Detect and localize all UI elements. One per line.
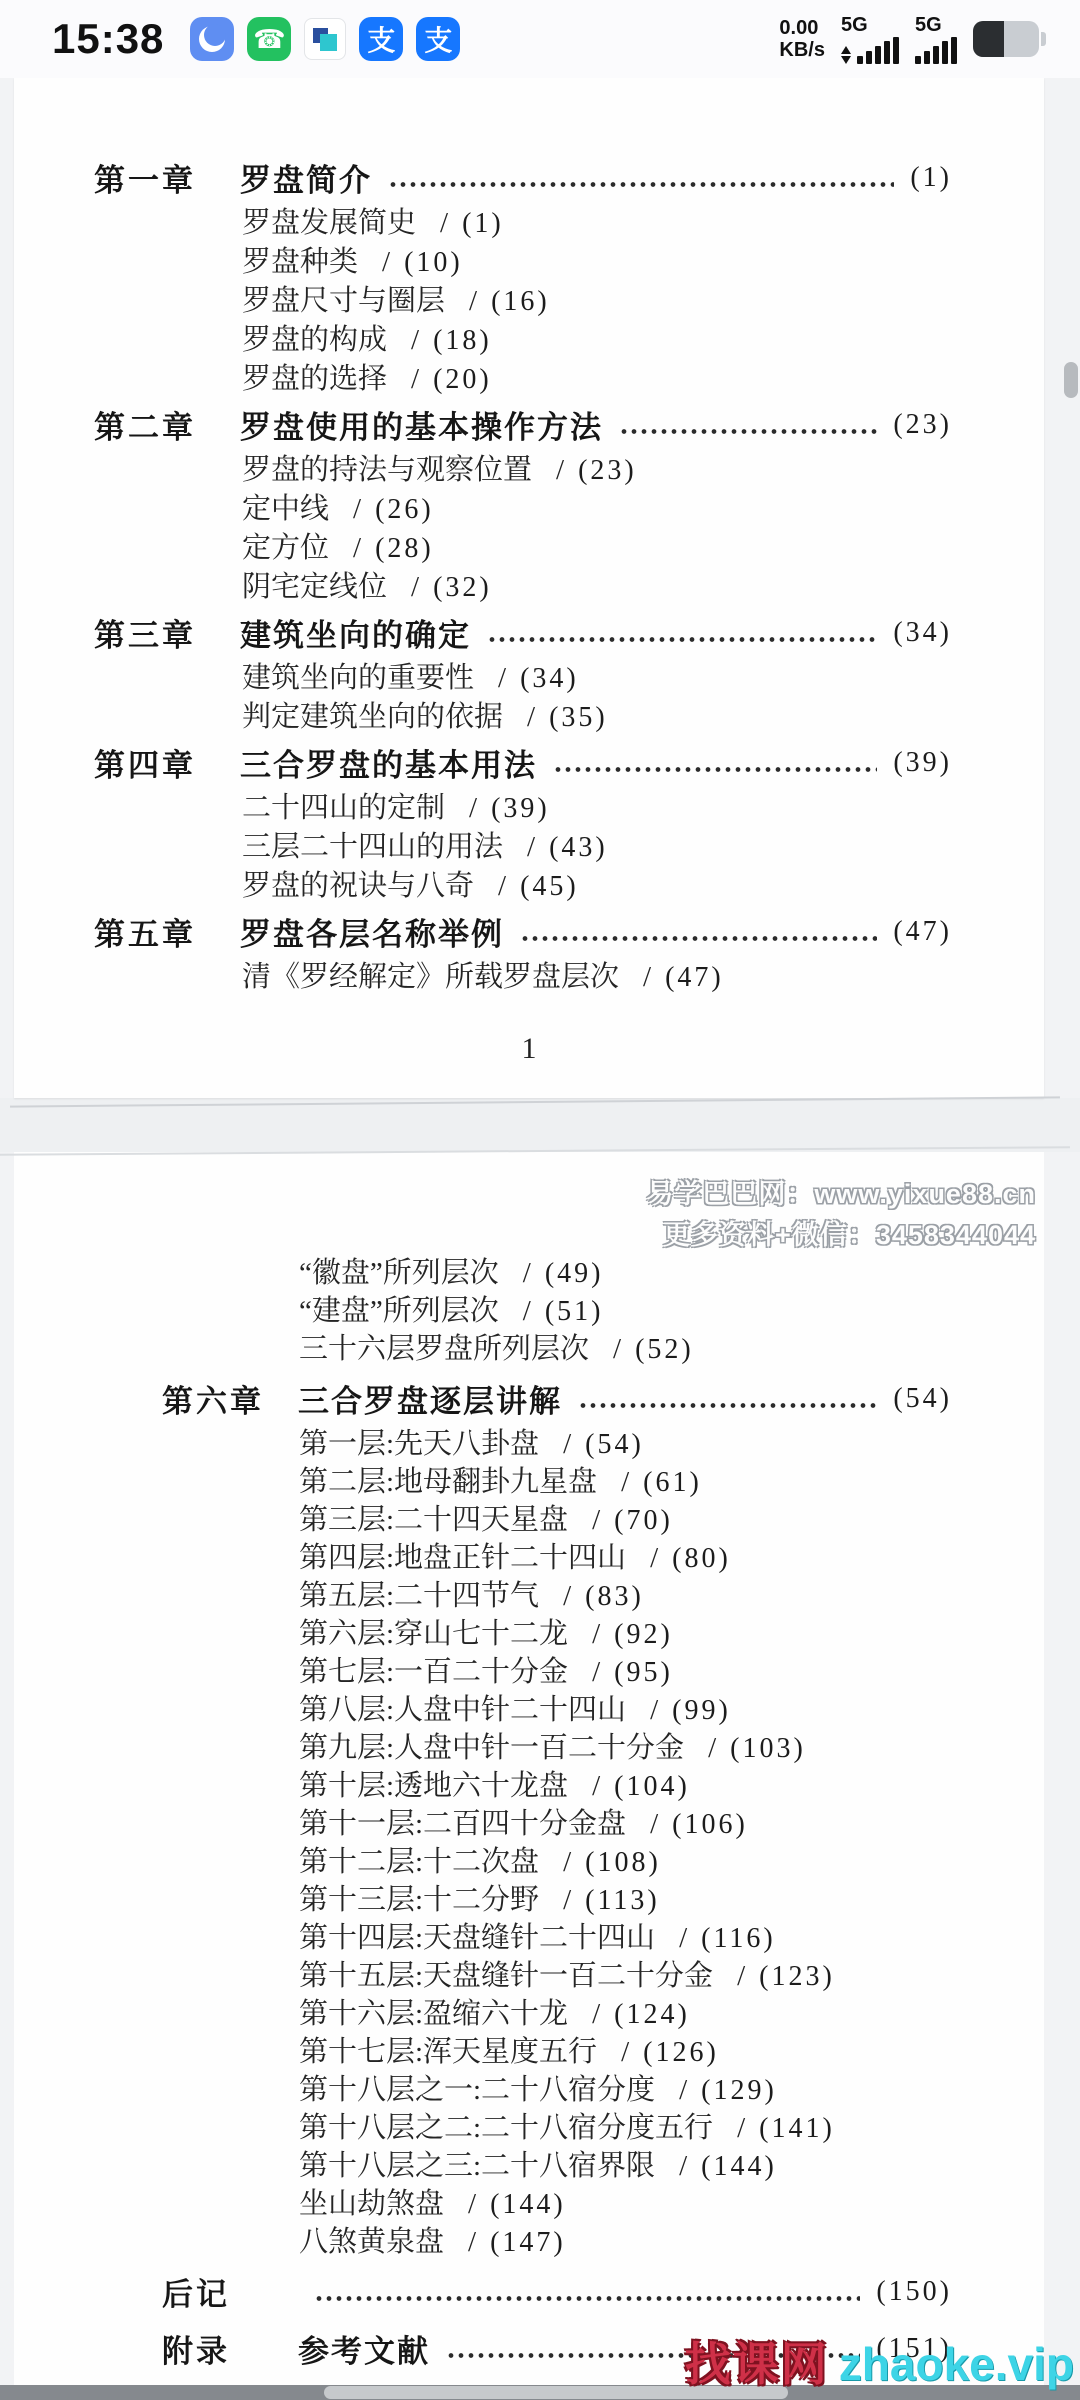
- page-number: (104): [614, 1771, 690, 1803]
- page-number: (144): [490, 2189, 566, 2221]
- item-title: 清《罗经解定》所载罗盘层次: [242, 954, 619, 995]
- page-number: (51): [545, 1296, 604, 1328]
- chapter-title: 三合罗盘逐层讲解: [298, 1376, 562, 1421]
- toc-item-row: 第十四层:天盘缝针二十四山/(116): [162, 1915, 952, 1953]
- item-title: 三十六层罗盘所列层次: [299, 1326, 589, 1367]
- separator: /: [523, 1257, 531, 1290]
- notification-icons: 支 支: [190, 17, 460, 61]
- page-number: (70): [614, 1505, 673, 1537]
- toc-item-row: 定中线/(26): [94, 486, 952, 525]
- separator: /: [650, 1694, 658, 1727]
- page-number: (52): [635, 1334, 694, 1366]
- toc-chapter-row: 第五章罗盘各层名称举例(47): [94, 909, 952, 954]
- item-title: 建筑坐向的重要性: [242, 655, 474, 696]
- page-number: (150): [876, 2276, 952, 2308]
- page-number: (108): [585, 1847, 661, 1879]
- page-number: (43): [549, 832, 608, 864]
- document-page-1[interactable]: 第一章罗盘简介(1)罗盘发展简史/(1)罗盘种类/(10)罗盘尺寸与圈层/(16…: [14, 78, 1044, 1098]
- item-title: 第三层:二十四天星盘: [299, 1497, 568, 1538]
- page-number: (26): [375, 494, 434, 526]
- toc-item-row: 第二层:地母翻卦九星盘/(61): [162, 1459, 952, 1497]
- page-number: (10): [404, 247, 463, 279]
- document-page-2[interactable]: 易学巴巴网：www.yixue88.cn 更多资料+微信：3458344044 …: [14, 1152, 1044, 2400]
- page-number: (124): [614, 1999, 690, 2031]
- page-number: (123): [759, 1961, 835, 1993]
- page-number: (83): [585, 1581, 644, 1613]
- toc-item-row: 罗盘的选择/(20): [94, 356, 952, 395]
- page-number: (32): [433, 572, 492, 604]
- toc-item-row: 第十三层:十二分野/(113): [162, 1877, 952, 1915]
- separator: /: [440, 207, 448, 240]
- toc-item-row: 第五层:二十四节气/(83): [162, 1573, 952, 1611]
- page-footer-number: 1: [14, 1032, 1044, 1066]
- toc-item-row: 八煞黄泉盘/(147): [162, 2219, 952, 2257]
- separator: /: [621, 1466, 629, 1499]
- separator: /: [563, 1428, 571, 1461]
- separator: /: [468, 2188, 476, 2221]
- chapter-title: 罗盘简介: [240, 155, 372, 200]
- item-title: 第十一层:二百四十分金盘: [299, 1801, 626, 1842]
- toc-item-row: 第三层:二十四天星盘/(70): [162, 1497, 952, 1535]
- separator: /: [708, 1732, 716, 1765]
- separator: /: [411, 571, 419, 604]
- network-speed: 0.00 KB/s: [779, 17, 825, 61]
- item-title: 第十七层:浑天星度五行: [299, 2029, 597, 2070]
- toc-item-row: 罗盘的构成/(18): [94, 317, 952, 356]
- watermark-site-name: 找课网: [685, 2338, 829, 2390]
- page-number: (141): [759, 2113, 835, 2145]
- network-speed-value: 0.00: [779, 17, 818, 39]
- chapter-label: 第六章: [162, 1376, 270, 1421]
- separator: /: [592, 1504, 600, 1537]
- separator: /: [498, 870, 506, 903]
- toc-chapter-row: 第四章三合罗盘的基本用法(39): [94, 740, 952, 785]
- page-number: (147): [490, 2227, 566, 2259]
- item-title: 第十六层:盈缩六十龙: [299, 1991, 568, 2032]
- battery-icon: [973, 21, 1046, 57]
- separator: /: [411, 324, 419, 357]
- dot-leader: [580, 1402, 877, 1409]
- browser-icon: [190, 17, 234, 61]
- item-title: 罗盘的选择: [242, 356, 387, 397]
- page-number: (103): [730, 1733, 806, 1765]
- toc-item-row: 第十六层:盈缩六十龙/(124): [162, 1991, 952, 2029]
- item-title: 坐山劫煞盘: [299, 2181, 444, 2222]
- item-title: 罗盘种类: [242, 239, 358, 280]
- page-number: (35): [549, 702, 608, 734]
- separator: /: [527, 701, 535, 734]
- watermark-line1: 易学巴巴网：www.yixue88.cn: [646, 1174, 1036, 1215]
- separator: /: [468, 2226, 476, 2259]
- item-title: 二十四山的定制: [242, 785, 445, 826]
- item-title: 第五层:二十四节气: [299, 1573, 539, 1614]
- separator: /: [469, 285, 477, 318]
- toc-item-row: 建筑坐向的重要性/(34): [94, 655, 952, 694]
- page-number: (23): [578, 455, 637, 487]
- network-speed-unit: KB/s: [779, 39, 825, 61]
- separator: /: [563, 1884, 571, 1917]
- item-title: 第四层:地盘正针二十四山: [299, 1535, 626, 1576]
- toc-item-row: 罗盘尺寸与圈层/(16): [94, 278, 952, 317]
- alipay-icon: 支: [359, 17, 403, 61]
- item-title: 第二层:地母翻卦九星盘: [299, 1459, 597, 1500]
- item-title: 第九层:人盘中针一百二十分金: [299, 1725, 684, 1766]
- separator: /: [469, 792, 477, 825]
- sim2-network-type: 5G: [915, 15, 942, 35]
- item-title: “建盘”所列层次: [299, 1288, 499, 1329]
- item-title: “徽盘”所列层次: [299, 1250, 499, 1291]
- vertical-scrollbar-thumb[interactable]: [1064, 362, 1078, 398]
- alipay-glyph: 支: [424, 19, 452, 59]
- dot-leader: [522, 935, 877, 942]
- toc-item-row: 第四层:地盘正针二十四山/(80): [162, 1535, 952, 1573]
- separator: /: [679, 2150, 687, 2183]
- toc-chapter-row: 后记(150): [162, 2269, 952, 2314]
- chapter-label: 第四章: [94, 740, 212, 785]
- page-number: (92): [614, 1619, 673, 1651]
- sim1-signal: 5G: [841, 15, 899, 64]
- item-title: 判定建筑坐向的依据: [242, 694, 503, 735]
- alipay-icon: 支: [416, 17, 460, 61]
- page-number: (61): [643, 1467, 702, 1499]
- separator: /: [737, 2112, 745, 2145]
- item-title: 罗盘发展简史: [242, 200, 416, 241]
- page-number: (16): [491, 286, 550, 318]
- toc-list-page1: 第一章罗盘简介(1)罗盘发展简史/(1)罗盘种类/(10)罗盘尺寸与圈层/(16…: [94, 148, 952, 993]
- page-number: (116): [701, 1923, 776, 1955]
- toc-item-row: 罗盘的祝诀与八奇/(45): [94, 863, 952, 902]
- separator: /: [523, 1295, 531, 1328]
- item-title: 第十三层:十二分野: [299, 1877, 539, 1918]
- page-number: (47): [893, 916, 952, 948]
- separator: /: [563, 1846, 571, 1879]
- watermark-site-url: zhaoke.vip: [839, 2338, 1074, 2390]
- page-number: (106): [672, 1809, 748, 1841]
- page-number: (1): [910, 162, 952, 194]
- toc-item-row: 罗盘种类/(10): [94, 239, 952, 278]
- dot-leader: [390, 181, 894, 188]
- data-updown-arrows-icon: [841, 46, 851, 64]
- separator: /: [650, 1808, 658, 1841]
- page-number: (95): [614, 1657, 673, 1689]
- item-title: 第十八层之三:二十八宿界限: [299, 2143, 655, 2184]
- toc-item-row: 三十六层罗盘所列层次/(52): [162, 1326, 952, 1364]
- separator: /: [592, 1998, 600, 2031]
- page-number: (18): [433, 325, 492, 357]
- toc-chapter-row: 第六章三合罗盘逐层讲解(54): [162, 1376, 952, 1421]
- item-title: 第一层:先天八卦盘: [299, 1421, 539, 1462]
- separator: /: [592, 1618, 600, 1651]
- page-number: (28): [375, 533, 434, 565]
- chapter-label: 第三章: [94, 610, 212, 655]
- separator: /: [621, 2036, 629, 2069]
- dot-leader: [489, 636, 877, 643]
- toc-item-row: 坐山劫煞盘/(144): [162, 2181, 952, 2219]
- toc-item-row: 第十五层:天盘缝针一百二十分金/(123): [162, 1953, 952, 1991]
- toc-item-row: 第九层:人盘中针一百二十分金/(103): [162, 1725, 952, 1763]
- item-title: 罗盘的祝诀与八奇: [242, 863, 474, 904]
- page-number: (54): [585, 1429, 644, 1461]
- page-number: (49): [545, 1258, 604, 1290]
- item-title: 第十层:透地六十龙盘: [299, 1763, 568, 1804]
- page-number: (54): [893, 1383, 952, 1415]
- page-number: (34): [520, 663, 579, 695]
- chapter-title: 罗盘各层名称举例: [240, 909, 504, 954]
- dot-leader: [316, 2295, 860, 2302]
- separator: /: [679, 1922, 687, 1955]
- toc-item-row: 第一层:先天八卦盘/(54): [162, 1421, 952, 1459]
- toc-item-row: 第七层:一百二十分金/(95): [162, 1649, 952, 1687]
- page-number: (1): [462, 208, 504, 240]
- page-number: (113): [585, 1885, 660, 1917]
- separator: /: [382, 246, 390, 279]
- separator: /: [353, 532, 361, 565]
- separator: /: [679, 2074, 687, 2107]
- page-number: (20): [433, 364, 492, 396]
- status-bar: 15:38 支 支 0.00 KB/s 5G 5G: [0, 0, 1080, 78]
- page-number: (23): [893, 409, 952, 441]
- toc-chapter-row: 第三章建筑坐向的确定(34): [94, 610, 952, 655]
- page-number: (39): [893, 747, 952, 779]
- chapter-title: 建筑坐向的确定: [240, 610, 471, 655]
- separator: /: [650, 1542, 658, 1575]
- item-title: 定方位: [242, 525, 329, 566]
- toc-item-row: 第十八层之三:二十八宿界限/(144): [162, 2143, 952, 2181]
- toc-item-row: 三层二十四山的用法/(43): [94, 824, 952, 863]
- toc-item-row: 第十八层之二:二十八宿分度五行/(141): [162, 2105, 952, 2143]
- separator: /: [563, 1580, 571, 1613]
- item-title: 第七层:一百二十分金: [299, 1649, 568, 1690]
- status-indicators: 0.00 KB/s 5G 5G: [779, 15, 1046, 64]
- toc-item-row: 阴宅定线位/(32): [94, 564, 952, 603]
- phone-call-icon: [247, 17, 291, 61]
- toc-item-row: 判定建筑坐向的依据/(35): [94, 694, 952, 733]
- item-title: 第十五层:天盘缝针一百二十分金: [299, 1953, 713, 1994]
- dot-leader: [555, 766, 877, 773]
- toc-item-row: “建盘”所列层次/(51): [162, 1288, 952, 1326]
- separator: /: [592, 1656, 600, 1689]
- watermark-yixue: 易学巴巴网：www.yixue88.cn 更多资料+微信：3458344044: [646, 1174, 1036, 1256]
- toc-item-row: 第六层:穿山七十二龙/(92): [162, 1611, 952, 1649]
- dot-leader: [621, 428, 877, 435]
- chapter-label: 附录: [162, 2326, 270, 2371]
- chapter-label: 第五章: [94, 909, 212, 954]
- chapter-title: 参考文献: [298, 2326, 430, 2371]
- toc-item-row: 第十一层:二百四十分金盘/(106): [162, 1801, 952, 1839]
- watermark-zhaoke: 找课网zhaoke.vip: [685, 2328, 1074, 2394]
- page-number: (144): [701, 2151, 777, 2183]
- separator: /: [737, 1960, 745, 1993]
- toc-chapter-row: 第一章罗盘简介(1): [94, 155, 952, 200]
- separator: /: [556, 454, 564, 487]
- item-title: 第十二层:十二次盘: [299, 1839, 539, 1880]
- toc-item-row: 罗盘的持法与观察位置/(23): [94, 447, 952, 486]
- toc-item-row: 第十二层:十二次盘/(108): [162, 1839, 952, 1877]
- alipay-glyph: 支: [367, 19, 395, 59]
- toc-item-row: 清《罗经解定》所载罗盘层次/(47): [94, 954, 952, 993]
- separator: /: [498, 662, 506, 695]
- page-number: (99): [672, 1695, 731, 1727]
- page-number: (39): [491, 793, 550, 825]
- signal-bars-icon: [857, 37, 899, 64]
- page-number: (129): [701, 2075, 777, 2107]
- toc-chapter-row: 第二章罗盘使用的基本操作方法(23): [94, 402, 952, 447]
- item-title: 第六层:穿山七十二龙: [299, 1611, 568, 1652]
- item-title: 第八层:人盘中针二十四山: [299, 1687, 626, 1728]
- item-title: 罗盘的持法与观察位置: [242, 447, 532, 488]
- sim1-network-type: 5G: [841, 15, 868, 35]
- toc-item-row: 第八层:人盘中针二十四山/(99): [162, 1687, 952, 1725]
- page-number: (126): [643, 2037, 719, 2069]
- toc-item-row: 定方位/(28): [94, 525, 952, 564]
- item-title: 八煞黄泉盘: [299, 2219, 444, 2260]
- item-title: 第十八层之二:二十八宿分度五行: [299, 2105, 713, 2146]
- toc-item-row: 罗盘发展简史/(1): [94, 200, 952, 239]
- chapter-label: 第二章: [94, 402, 212, 447]
- item-title: 第十四层:天盘缝针二十四山: [299, 1915, 655, 1956]
- page-number: (47): [665, 962, 724, 994]
- separator: /: [411, 363, 419, 396]
- screenshot-icon: [304, 18, 346, 60]
- clock-time: 15:38: [52, 15, 164, 63]
- separator: /: [353, 493, 361, 526]
- toc-item-row: 二十四山的定制/(39): [94, 785, 952, 824]
- chapter-label: 第一章: [94, 155, 212, 200]
- item-title: 三层二十四山的用法: [242, 824, 503, 865]
- separator: /: [643, 961, 651, 994]
- separator: /: [592, 1770, 600, 1803]
- separator: /: [527, 831, 535, 864]
- signal-bars-icon: [915, 37, 957, 64]
- item-title: 罗盘尺寸与圈层: [242, 278, 445, 319]
- toc-list-page2: “徽盘”所列层次/(49)“建盘”所列层次/(51)三十六层罗盘所列层次/(52…: [162, 1250, 952, 2371]
- toc-item-row: 第十七层:浑天星度五行/(126): [162, 2029, 952, 2067]
- item-title: 定中线: [242, 486, 329, 527]
- toc-item-row: “徽盘”所列层次/(49): [162, 1250, 952, 1288]
- separator: /: [613, 1333, 621, 1366]
- page-number: (34): [893, 617, 952, 649]
- toc-item-row: 第十层:透地六十龙盘/(104): [162, 1763, 952, 1801]
- chapter-title: 罗盘使用的基本操作方法: [240, 402, 603, 447]
- page-number: (45): [520, 871, 579, 903]
- page-number: (80): [672, 1543, 731, 1575]
- chapter-title: 三合罗盘的基本用法: [240, 740, 537, 785]
- item-title: 罗盘的构成: [242, 317, 387, 358]
- chapter-label: 后记: [162, 2269, 270, 2314]
- toc-item-row: 第十八层之一:二十八宿分度/(129): [162, 2067, 952, 2105]
- sim2-signal: 5G: [915, 15, 957, 64]
- item-title: 阴宅定线位: [242, 564, 387, 605]
- item-title: 第十八层之一:二十八宿分度: [299, 2067, 655, 2108]
